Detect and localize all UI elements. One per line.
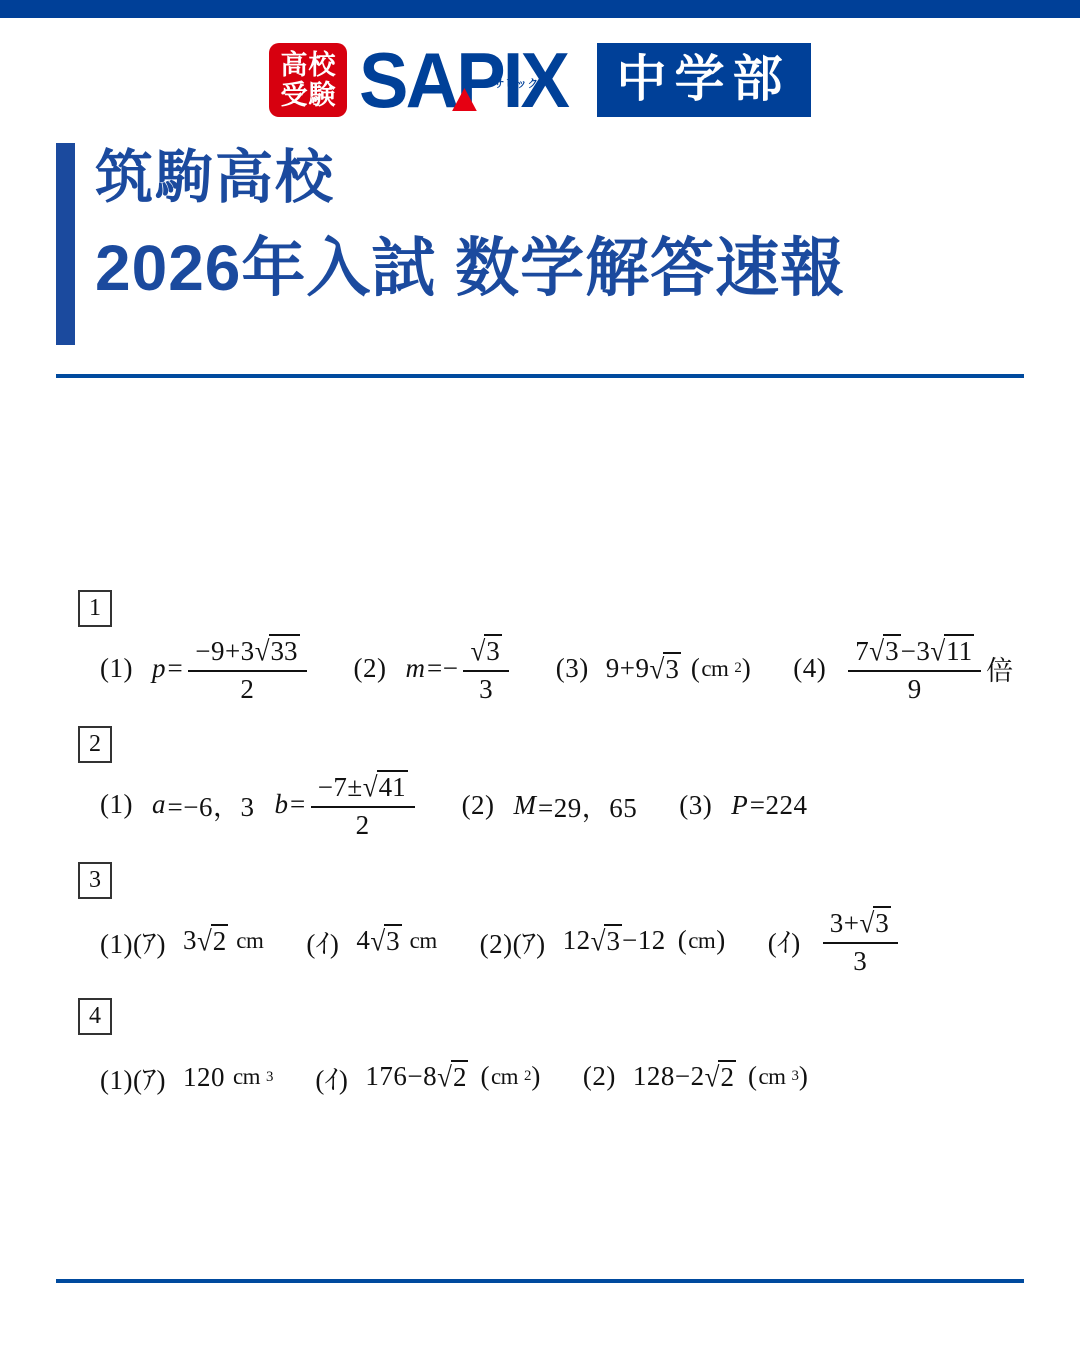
answers: 1(1)p=−9+3√332(2)m=−√33(3)9+9√3(cm2)(4)7… [78,590,1068,1134]
math-text: 4 [356,925,370,956]
math-text: ( [480,1061,490,1092]
fraction: 3+√33 [823,905,898,977]
answer-label: (2)(ｱ) [480,922,546,961]
math-variable: M [512,790,539,821]
math-variable: P [729,790,750,821]
superscript: 2 [734,660,741,677]
answer-value: 3+√33 [818,905,903,977]
answer-value: 120cm3 [183,1062,273,1093]
answer-value: 4√3cm [356,924,437,957]
answer-section: 1(1)p=−9+3√332(2)m=−√33(3)9+9√3(cm2)(4)7… [78,590,1068,706]
unit: cm [758,1064,785,1090]
math-text: =− [427,653,458,684]
answer-section: 3(1)(ｱ)3√2cm(ｲ)4√3cm(2)(ｱ)12√3−12(cm)(ｲ)… [78,862,1068,978]
math-text: 9+9 [606,653,650,684]
square-root: √3 [859,908,890,938]
radical-sign: √ [437,1062,452,1095]
answer-value: 7√3−3√119倍 [843,633,1013,705]
answer-label: (2) [354,653,387,684]
math-variable: p [150,653,168,684]
math-text: 7 [855,636,869,666]
radical-sign: √ [859,907,874,940]
math-text: 12 [563,925,591,956]
red-triangle-icon [453,88,478,111]
answer-label: (ｲ) [768,921,801,960]
math-text: −12 [622,925,666,956]
math-text: 9 [908,674,922,704]
answer-label: (3) [556,653,589,684]
fraction: √33 [463,633,508,705]
answer-item: (ｲ)3+√33 [768,905,903,977]
answer-label: (ｲ) [306,922,339,961]
answer-label: (1) [100,789,133,820]
square-root: √3 [869,636,900,666]
square-root: √2 [705,1060,736,1093]
radicand: 2 [718,1060,736,1093]
radicand: 3 [604,924,622,957]
square-root: √3 [650,652,681,685]
division-badge: 中学部 [597,43,811,117]
answer-row: (1)(ｱ)3√2cm(ｲ)4√3cm(2)(ｱ)12√3−12(cm)(ｲ)3… [100,904,1068,978]
math-text: 128−2 [633,1061,705,1092]
math-text: = [167,653,183,684]
denominator: 3 [463,672,508,705]
math-text: ( [678,925,688,956]
answer-value: 176−8√2(cm2) [365,1060,541,1093]
answer-item: (3)P=224 [679,790,807,821]
title-school-name: 筑駒高校 [95,146,845,211]
math-text: ) [531,1061,541,1092]
unit: cm [410,928,437,954]
denominator: 2 [188,672,306,705]
answer-item: (1)a=−6，3b=−7±√412 [100,769,420,841]
answer-item: (2)M=29，65 [462,786,638,825]
footer-divider [56,1279,1024,1283]
answer-value: 9+9√3(cm2) [606,652,752,685]
math-text: −3 [901,636,931,666]
sapix-wordmark: SAPIX サピックス [359,44,573,116]
answer-item: (2)(ｱ)12√3−12(cm) [480,922,726,961]
answer-row: (1)a=−6，3b=−7±√412(2)M=29，65(3)P=224 [100,768,1068,842]
answer-label: (2) [462,790,495,821]
math-text: ( [748,1061,758,1092]
logo: 高校 受験 SAPIX サピックス 中学部 [0,42,1080,118]
wordmark-ruby: サピックス [494,48,550,120]
fraction: −9+3√332 [188,633,306,705]
math-text: =29，65 [538,786,637,825]
section-number-box: 1 [78,590,112,627]
answer-value: M=29，65 [512,786,638,825]
math-text: ( [691,653,701,684]
math-text: 倍 [986,649,1014,688]
math-text: ) [742,653,752,684]
square-root: √3 [370,924,401,957]
answer-value: m=−√33 [404,633,514,705]
square-root: √11 [930,636,974,666]
denominator: 3 [823,944,898,977]
math-text: 3 [183,925,197,956]
answer-item: (2)m=−√33 [354,633,514,705]
answer-row: (1)(ｱ)120cm3(ｲ)176−8√2(cm2)(2)128−2√2(cm… [100,1040,1068,1114]
answer-section: 4(1)(ｱ)120cm3(ｲ)176−8√2(cm2)(2)128−2√2(c… [78,998,1068,1114]
radical-sign: √ [930,635,945,668]
radicand: 41 [377,770,408,803]
answer-value: 128−2√2(cm3) [633,1060,809,1093]
answer-item: (1)p=−9+3√332 [100,633,312,705]
math-text: 3+ [830,908,860,938]
answer-value: p=−9+3√332 [150,633,312,705]
radicand: 2 [211,924,229,957]
answer-item: (ｲ)4√3cm [306,922,437,961]
numerator: −9+3√33 [188,633,306,672]
radicand: 11 [944,634,974,667]
badge-line2: 受験 [280,80,336,110]
answer-label: (2) [583,1061,616,1092]
answer-row: (1)p=−9+3√332(2)m=−√33(3)9+9√3(cm2)(4)7√… [100,632,1068,706]
denominator: 2 [311,808,415,841]
radical-sign: √ [869,635,884,668]
fraction: 7√3−3√119 [848,633,981,705]
title-subject-line: 2026年入試 数学解答速報 [95,233,845,303]
math-text: −9+3 [195,636,254,666]
unit: cm [236,928,263,954]
answer-item: (ｲ)176−8√2(cm2) [315,1058,541,1097]
page: 高校 受験 SAPIX サピックス 中学部 筑駒高校 2026年入試 数学解答速… [0,0,1080,1350]
square-root: √33 [255,636,300,666]
section-number-box: 2 [78,726,112,763]
radical-sign: √ [255,635,270,668]
answer-value: a=−6，3b=−7±√412 [150,769,420,841]
radicand: 3 [663,652,681,685]
fraction: −7±√412 [311,769,415,841]
answer-label: (3) [679,790,712,821]
math-text: 176−8 [365,1061,437,1092]
numerator: √3 [463,633,508,672]
math-text: 2 [356,810,370,840]
square-root: √3 [470,636,501,666]
radicand: 3 [384,924,402,957]
answer-label: (1) [100,653,133,684]
math-variable: a [150,789,168,820]
math-text: 3 [853,946,867,976]
top-accent-bar [0,0,1080,18]
square-root: √41 [363,772,408,802]
answer-value: 3√2cm [183,924,264,957]
math-text: −7± [318,772,363,802]
radicand: 33 [269,634,300,667]
section-number-box: 3 [78,862,112,899]
title-divider [56,374,1024,378]
superscript: 3 [266,1069,273,1086]
math-text: 2 [240,674,254,704]
unit: cm [491,1064,518,1090]
answer-item: (2)128−2√2(cm3) [583,1060,809,1093]
radical-sign: √ [370,926,385,959]
math-text: 3 [479,674,493,704]
math-text: ) [716,925,726,956]
answer-value: 12√3−12(cm) [563,924,726,957]
square-root: √2 [197,924,228,957]
math-text: = [290,789,306,820]
radical-sign: √ [470,635,485,668]
radical-sign: √ [591,926,606,959]
answer-value: P=224 [729,790,807,821]
answer-item: (4)7√3−3√119倍 [793,633,1013,705]
superscript: 3 [792,1068,799,1085]
radicand: 3 [873,906,891,939]
unit: cm [701,656,728,682]
radicand: 2 [451,1060,469,1093]
answer-label: (1)(ｱ) [100,922,166,961]
answer-item: (1)(ｱ)120cm3 [100,1058,273,1097]
radical-sign: √ [705,1062,720,1095]
radicand: 3 [484,634,502,667]
radical-sign: √ [363,771,378,804]
unit: cm [688,928,715,954]
answer-section: 2(1)a=−6，3b=−7±√412(2)M=29，65(3)P=224 [78,726,1068,842]
unit: cm [233,1064,260,1090]
answer-item: (3)9+9√3(cm2) [556,652,752,685]
numerator: −7±√41 [311,769,415,808]
square-root: √2 [437,1060,468,1093]
math-text: ) [799,1061,809,1092]
numerator: 7√3−3√11 [848,633,981,672]
answer-label: (ｲ) [315,1058,348,1097]
math-variable: m [404,653,428,684]
radical-sign: √ [650,654,665,687]
answer-item: (1)(ｱ)3√2cm [100,922,264,961]
radicand: 3 [883,634,901,667]
radical-sign: √ [197,926,212,959]
title-accent-bar [56,143,75,345]
answer-label: (4) [793,653,826,684]
numerator: 3+√3 [823,905,898,944]
section-number-box: 4 [78,998,112,1035]
square-root: √3 [591,924,622,957]
math-text: =−6，3 [167,785,254,824]
superscript: 2 [524,1068,531,1085]
answer-label: (1)(ｱ) [100,1058,166,1097]
highschool-exam-badge: 高校 受験 [269,43,347,117]
denominator: 9 [848,672,981,705]
badge-line1: 高校 [280,50,336,80]
math-text: =224 [750,790,808,821]
math-variable: b [272,789,290,820]
page-title: 筑駒高校 2026年入試 数学解答速報 [95,146,845,303]
math-text: 120 [183,1062,225,1093]
